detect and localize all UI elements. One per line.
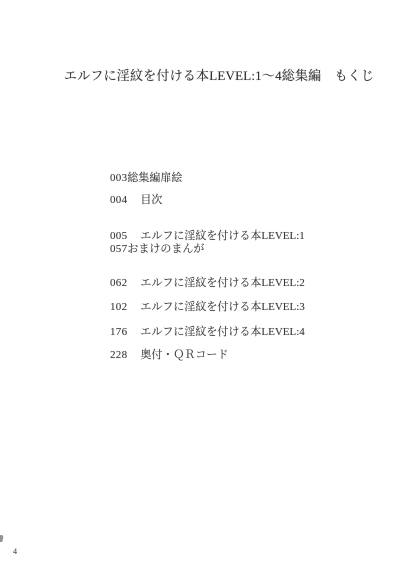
toc-entry-title: 奥付・ＱＲコード [140,349,228,361]
toc-page-number: 062 [110,277,127,290]
toc-entry-title: 目次 [140,194,162,206]
toc-page-number: 004 [110,194,127,207]
toc-entry-title: 総集編扉絵 [127,172,182,184]
toc-page-number: 005 [110,230,127,243]
toc-entry: 102エルフに淫紋を付ける本LEVEL:3 [110,301,305,314]
toc-entry: 005エルフに淫紋を付ける本LEVEL:1 [110,230,305,243]
toc-page-number: 057 [110,243,127,256]
toc-entry: 004目次 [110,194,162,207]
toc-entry-title: エルフに淫紋を付ける本LEVEL:4 [140,326,304,338]
toc-page-number: 228 [110,349,127,362]
toc-entry: 057おまけのまんが [110,243,204,256]
toc-page-number: 176 [110,326,127,339]
toc-entry: 228奥付・ＱＲコード [110,349,228,362]
scan-artifact [0,535,4,543]
toc-entry-title: おまけのまんが [127,243,204,255]
toc-entry: 003総集編扉絵 [110,172,182,185]
toc-entry: 062エルフに淫紋を付ける本LEVEL:2 [110,277,305,290]
toc-page-number: 102 [110,301,127,314]
toc-entry: 176エルフに淫紋を付ける本LEVEL:4 [110,326,305,339]
toc-page: エルフに淫紋を付ける本LEVEL:1～4総集編 もくじ 003総集編扉絵 004… [0,0,400,565]
page-title: エルフに淫紋を付ける本LEVEL:1～4総集編 もくじ [64,69,374,83]
toc-entry-title: エルフに淫紋を付ける本LEVEL:3 [140,301,304,313]
footer-page-number: 4 [13,547,17,556]
toc-page-number: 003 [110,172,127,185]
toc-entry-title: エルフに淫紋を付ける本LEVEL:1 [140,230,304,242]
toc-entry-title: エルフに淫紋を付ける本LEVEL:2 [140,277,304,289]
